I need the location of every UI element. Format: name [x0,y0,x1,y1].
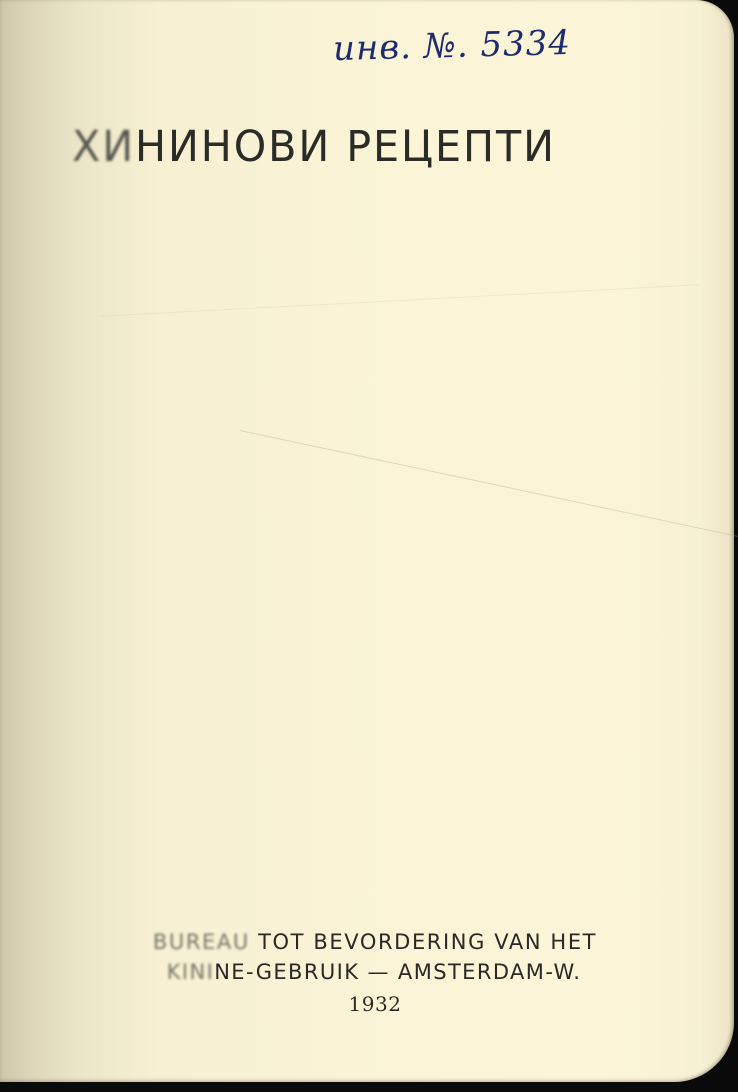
publisher-line-2: KININE-GEBRUIK — AMSTERDAM-W. [0,960,738,984]
title-blurred-segment: ХИ [72,122,135,172]
publication-year: 1932 [0,992,738,1016]
publisher-line-1-text: TOT BEVORDERING VAN HET [250,930,597,954]
publisher-line-1-blurred: BUREAU [153,930,250,954]
publisher-line-1: BUREAU TOT BEVORDERING VAN HET [0,930,738,954]
title-main-segment: НИНОВИ РЕЦЕПТИ [135,122,556,172]
book-page: инв. №. 5334 ХИНИНОВИ РЕЦЕПТИ BUREAU TOT… [0,0,734,1082]
paper-fold-mark [100,284,699,316]
publisher-line-2-blurred: KINI [167,960,214,984]
page-title: ХИНИНОВИ РЕЦЕПТИ [72,122,648,172]
handwritten-inventory-number: инв. №. 5334 [333,23,572,69]
paper-crease-line [240,430,738,539]
publisher-line-2-text: NE-GEBRUIK — AMSTERDAM-W. [214,960,581,984]
